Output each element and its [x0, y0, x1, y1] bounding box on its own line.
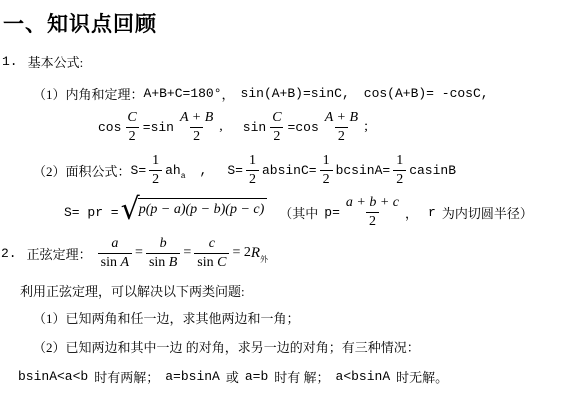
s-equals: S=: [227, 163, 243, 178]
subscript-a: a: [181, 172, 186, 181]
fraction-c-over-sinc: c sin C: [194, 237, 229, 270]
fn-sin: sin: [149, 255, 165, 270]
formula-sin-identity: sin(A+B)=sinC,: [241, 86, 350, 101]
usage-note: 利用正弦定理，可以解决以下两类问题:: [20, 281, 245, 300]
heron-formula-line: S= pr = √ p(p − a)(p − b)(p − c) （其中 p= …: [64, 193, 533, 231]
radicand: p(p − a)(p − b)(p − c): [138, 198, 268, 218]
fn-sin: sin: [101, 255, 117, 270]
sine-rule-line: 2. 正弦定理： a sin A = b sin B = c sin C = 2…: [1, 231, 268, 275]
fraction-a-over-sina: a sin A: [98, 237, 132, 270]
radical-sign-icon: √: [121, 196, 140, 225]
fraction-denominator: sin C: [194, 253, 229, 270]
text-no-solution: 时无解。: [396, 367, 448, 386]
item-label: 基本公式:: [28, 52, 84, 71]
equals-two: = 2: [232, 245, 250, 261]
fraction-numerator: c: [206, 237, 218, 253]
fraction-numerator: C: [269, 111, 284, 127]
condition-a-eq-b: a=b: [245, 369, 268, 384]
equals-sign: =: [143, 120, 151, 135]
fraction-denominator: 2: [335, 127, 348, 144]
fraction-denominator: 2: [190, 127, 203, 144]
section-heading: 一、知识点回顾: [3, 8, 157, 38]
fraction-one-half: 1 2: [320, 154, 333, 187]
note-open: （其中: [279, 203, 318, 222]
fraction-aplusb-over-2: A + B 2: [177, 111, 216, 144]
item-number: 2.: [1, 246, 17, 261]
comma: ,: [200, 163, 208, 178]
fn-sin: sin: [197, 255, 213, 270]
fraction-numerator: a: [108, 237, 121, 253]
condition-eq-bsina: a=bsinA: [165, 369, 220, 384]
term-ah: ah: [165, 163, 181, 178]
item-number: 1.: [2, 54, 18, 69]
term-casinb: casinB: [409, 163, 456, 178]
fraction-c-over-2: C 2: [269, 111, 284, 144]
fraction-c-over-2: C 2: [124, 111, 139, 144]
fraction-numerator: 1: [393, 154, 406, 170]
area-formula-line: （2）面积公式： S= 1 2 ah a , S= 1 2 absinC= 1 …: [33, 149, 456, 191]
subscript-circumradius: 外: [260, 254, 268, 265]
fraction-one-half: 1 2: [393, 154, 406, 187]
fraction-denominator: 2: [149, 170, 162, 187]
fraction-numerator: A + B: [322, 111, 361, 127]
fraction-numerator: a + b + c: [343, 196, 402, 212]
fn-sin: sin: [151, 120, 174, 135]
fraction-denominator: 2: [320, 170, 333, 187]
item-label: 正弦定理：: [27, 244, 92, 263]
fraction-numerator: C: [124, 111, 139, 127]
fraction-denominator: sin B: [146, 253, 180, 270]
page-title: 一、知识点回顾: [3, 8, 157, 38]
interior-angle-theorem-line: （1）内角和定理： A+B+C=180° ， sin(A+B)=sinC, co…: [33, 84, 489, 103]
condition-two-solutions: bsinA<a<b: [18, 369, 88, 384]
subitem-prefix: （1）内角和定理：: [33, 84, 144, 103]
fraction-denominator: 2: [393, 170, 406, 187]
comma: ,: [219, 119, 223, 135]
equals-sign: =: [135, 245, 143, 261]
usage-note-line: 利用正弦定理，可以解决以下两类问题:: [20, 281, 245, 300]
fraction-numerator: 1: [320, 154, 333, 170]
fraction-abc-over-2: a + b + c 2: [343, 196, 402, 229]
p-equals: p=: [324, 205, 340, 220]
condition-no-solution: a<bsinA: [336, 369, 391, 384]
radical: √ p(p − a)(p − b)(p − c): [121, 198, 268, 227]
text-one-solution: 时有 解；: [274, 367, 329, 386]
text-two-solutions: 时有两解；: [94, 367, 159, 386]
note-close: 为内切圆半径）: [442, 203, 533, 222]
text-or: 或: [226, 367, 239, 386]
equals-sign: =: [288, 120, 296, 135]
equals-sign: =: [183, 245, 191, 261]
item-1-basic-formulas: 1. 基本公式:: [2, 52, 83, 71]
s-pr-equals: S= pr =: [64, 205, 119, 220]
var-R: R: [251, 245, 260, 262]
fraction-denominator: 2: [126, 127, 139, 144]
fraction-denominator: 2: [366, 212, 379, 229]
document-page: 一、知识点回顾 1. 基本公式: （1）内角和定理： A+B+C=180° ， …: [0, 0, 567, 395]
fraction-b-over-sinb: b sin B: [146, 237, 180, 270]
half-angle-formula-line: cos C 2 = sin A + B 2 , sin C 2 = cos A …: [98, 106, 368, 148]
fraction-numerator: A + B: [177, 111, 216, 127]
var-B: B: [169, 255, 178, 270]
fraction-one-half: 1 2: [246, 154, 259, 187]
fraction-aplusb-over-2: A + B 2: [322, 111, 361, 144]
case-2-line: （2）已知两边和其中一边 的对角，求另一边的对角；有三种情况：: [33, 337, 420, 356]
case-2-text: （2）已知两边和其中一边 的对角，求另一边的对角；有三种情况：: [33, 337, 420, 356]
var-A: A: [120, 255, 129, 270]
semicolon: ;: [364, 119, 368, 135]
subitem-prefix: （2）面积公式：: [33, 161, 131, 180]
fraction-denominator: 2: [270, 127, 283, 144]
separator: ，: [222, 84, 235, 103]
formula-angle-sum: A+B+C=180°: [144, 86, 222, 101]
s-equals: S=: [131, 163, 147, 178]
fn-cos: cos: [295, 120, 318, 135]
solution-cases-line: bsinA<a<b 时有两解； a=bsinA 或 a=b 时有 解； a<bs…: [18, 367, 448, 386]
fraction-numerator: b: [157, 237, 170, 253]
formula-cos-identity: cos(A+B)= -cosC,: [364, 86, 489, 101]
fraction-denominator: 2: [246, 170, 259, 187]
fraction-one-half: 1 2: [149, 154, 162, 187]
r-variable: r: [428, 205, 436, 220]
fn-cos: cos: [98, 120, 121, 135]
case-1-text: （1）已知两角和任一边，求其他两边和一角；: [33, 308, 300, 327]
term-absinc: absinC=: [262, 163, 317, 178]
comma: ，: [405, 203, 418, 222]
fraction-numerator: 1: [246, 154, 259, 170]
fraction-denominator: sin A: [98, 253, 132, 270]
term-bcsina: bcsinA=: [336, 163, 391, 178]
fraction-numerator: 1: [149, 154, 162, 170]
case-1-line: （1）已知两角和任一边，求其他两边和一角；: [33, 308, 300, 327]
var-C: C: [217, 255, 226, 270]
fn-sin: sin: [243, 120, 266, 135]
